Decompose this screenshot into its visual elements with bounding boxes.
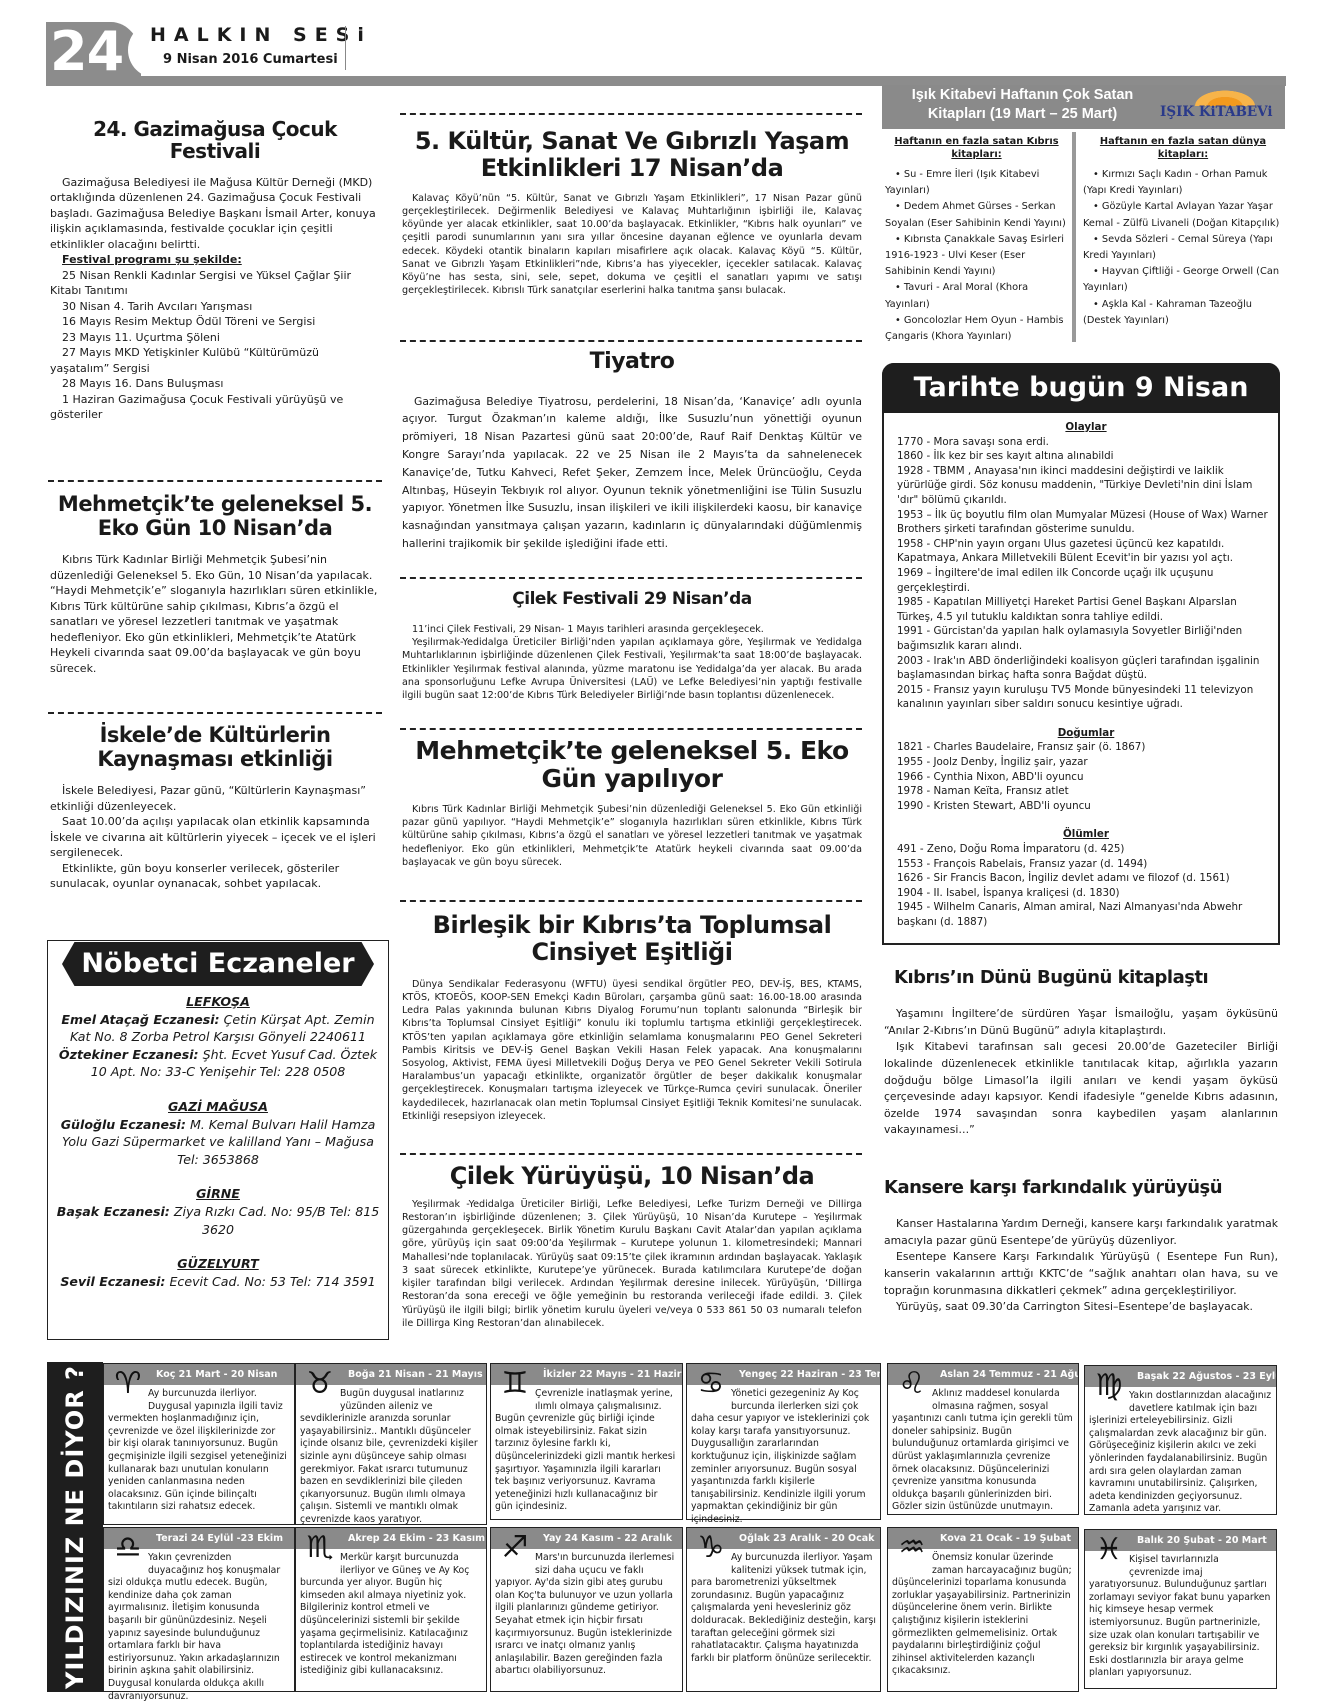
sign-text: Mars'ın burcunuzda ilerlemesi sizi daha … <box>495 1552 678 1678</box>
article-kultur-sanat: 5. Kültür, Sanat Ve Gıbrızlı Yaşam Etkin… <box>402 128 862 297</box>
program-item: 30 Nisan 4. Tarih Avcıları Yarışması <box>50 299 380 315</box>
pharmacy-list: LEFKOŞA Emel Ataçağ Eczanesi: Çetin Kürş… <box>50 993 386 1290</box>
book-item: • Dedem Ahmet Gürses - Serkan Soyalan (E… <box>885 199 1068 231</box>
sign-text: Merkür karşıt burcunuzda ilerliyor ve Gü… <box>300 1552 482 1678</box>
section-divider <box>400 728 862 730</box>
article-title: Birleşik bir Kıbrıs’ta Toplumsal Cinsiye… <box>402 912 862 966</box>
book-item: • Tavuri - Aral Moral (Khora Yayınları) <box>885 280 1068 312</box>
program-label: Festival programı şu şekilde: <box>50 252 380 268</box>
horoscope-card-oglak: Oğlak 23 Aralık - 20 Ocak ♑ Ay burcunuzd… <box>686 1527 881 1692</box>
article-paragraph: İskele Belediyesi, Pazar günü, “Kültürle… <box>50 783 380 814</box>
book-item: • Goncolozlar Hem Oyun - Hambis Çangaris… <box>885 313 1068 345</box>
article-title: Çilek Yürüyüşü, 10 Nisan’da <box>402 1163 862 1190</box>
event-item: 1991 - Gürcistan'da yapılan halk oylamas… <box>897 624 1275 653</box>
article-paragraph: Gazimağusa Belediyesi ile Mağusa Kültür … <box>50 175 380 253</box>
pharmacy-entry: Güloğlu Eczanesi: M. Kemal Bulvarı Halil… <box>50 1116 386 1169</box>
program-item: 28 Mayıs 16. Dans Buluşması <box>50 376 380 392</box>
article-title: Kansere karşı farkındalık yürüyüşü <box>884 1178 1278 1198</box>
article-paragraph: Işık Kitabevi tarafınsan salı gecesi 20.… <box>884 1039 1278 1139</box>
birth-item: 1955 - Joolz Denby, İngiliz şair, yazar <box>897 755 1275 770</box>
pharmacy-title: Nöbetci Eczaneler <box>62 942 374 986</box>
deaths-heading: Ölümler <box>897 827 1275 842</box>
sign-text: Kişisel tavırlarınızla çevrenizde imaj y… <box>1089 1554 1272 1680</box>
pharmacy-entry: Emel Ataçağ Eczanesi: Çetin Kürşat Apt. … <box>50 1011 386 1046</box>
horoscope-card-akrep: Akrep 24 Ekim - 23 Kasım ♏ Merkür karşıt… <box>295 1527 487 1692</box>
pharmacy-name: Emel Ataçağ Eczanesi: <box>61 1012 219 1027</box>
article-body: Kıbrıs Türk Kadınlar Birliği Mehmetçik Ş… <box>50 552 380 676</box>
article-body: Gazimağusa Belediye Tiyatrosu, perdeleri… <box>402 393 862 553</box>
horoscope-card-aslan: Aslan 24 Temmuz - 21 Ağustos ♌ Aklınız m… <box>887 1363 1079 1515</box>
page-number: 24 <box>50 20 123 83</box>
list-heading: Haftanın en fazla satan Kıbrıs kitapları… <box>885 135 1068 161</box>
article-cilek-yuruyusu: Çilek Yürüyüşü, 10 Nisan’da Yeşilırmak -… <box>402 1163 862 1330</box>
article-paragraph: 11’inci Çilek Festivali, 29 Nisan- 1 May… <box>402 623 862 636</box>
history-list: Olaylar 1770 - Mora savaşı sona erdi. 18… <box>897 420 1275 930</box>
pharmacy-address: Ecevit Cad. No: 53 Tel: 714 3591 <box>169 1274 375 1289</box>
death-item: 1904 - II. Isabel, İspanya kraliçesi (d.… <box>897 886 1275 901</box>
city-name: GİRNE <box>50 1185 386 1203</box>
article-kibris-dunu: Kıbrıs’ın Dünü Bugünü kitaplaştı Yaşamın… <box>884 968 1278 1139</box>
horoscope-card-kova: Kova 21 Ocak - 19 Şubat ♒ Önemsiz konula… <box>887 1527 1079 1692</box>
article-title: İskele’de Kültürlerin Kaynaşması etkinli… <box>50 724 380 771</box>
horoscope-sidebar-title: YILDIZINIZ NE DİYOR ? <box>47 1362 103 1692</box>
program-item: 1 Haziran Gazimağusa Çocuk Festivali yür… <box>50 392 380 423</box>
article-paragraph: Esentepe Kansere Karşı Farkındalık Yürüy… <box>884 1249 1278 1299</box>
city-name: LEFKOŞA <box>50 993 386 1011</box>
article-title: Tiyatro <box>402 350 862 375</box>
sign-text: Yakın dostlarınızdan alacağınız davetler… <box>1089 1390 1272 1516</box>
event-item: 1953 – İlk üç boyutlu film olan Mumyalar… <box>897 508 1275 537</box>
article-paragraph: Yeşilırmak-Yedidalga Üreticiler Birliği’… <box>402 636 862 702</box>
sign-text: Önemsiz konular üzerinde zaman harcayaca… <box>892 1552 1074 1678</box>
section-divider <box>400 340 862 342</box>
article-eko-gun-center: Mehmetçik’te geleneksel 5. Eko Gün yapıl… <box>402 737 862 869</box>
publication-name: HALKIN SESi <box>150 24 372 46</box>
horoscope-card-basak: Başak 22 Ağustos - 23 Eylül ♍ Yakın dost… <box>1084 1365 1277 1515</box>
article-paragraph: Yürüyüş, saat 09.30’da Carrington Sitesi… <box>884 1299 1278 1316</box>
article-cinsiyet: Birleşik bir Kıbrıs’ta Toplumsal Cinsiye… <box>402 912 862 1123</box>
article-tiyatro: Tiyatro Gazimağusa Belediye Tiyatrosu, p… <box>402 350 862 553</box>
book-item: • Aşkla Kal - Kahraman Tazeoğlu (Destek … <box>1083 297 1283 329</box>
event-item: 1985 - Kapatılan Milliyetçi Hareket Part… <box>897 595 1275 624</box>
city-name: GAZİ MAĞUSA <box>50 1098 386 1116</box>
event-item: 2003 - Irak'ın ABD önderliğindeki koalis… <box>897 654 1275 683</box>
article-paragraph: Yaşamını İngiltere’de sürdüren Yaşar İsm… <box>884 1006 1278 1039</box>
city-name: GÜZELYURT <box>50 1255 386 1273</box>
article-title: Çilek Festivali 29 Nisan’da <box>402 590 862 609</box>
article-body: Dünya Sendikalar Federasyonu (WFTU) üyes… <box>402 978 862 1123</box>
article-kanser: Kansere karşı farkındalık yürüyüşü Kanse… <box>884 1178 1278 1316</box>
birth-item: 1821 - Charles Baudelaire, Fransız şair … <box>897 740 1275 755</box>
pharmacy-name: Öztekiner Eczanesi: <box>59 1047 199 1062</box>
death-item: 1626 - Sir Francis Bacon, İngiliz devlet… <box>897 871 1275 886</box>
horoscope-card-terazi: Terazi 24 Eylül -23 Ekim ♎ Yakın çevreni… <box>103 1527 295 1692</box>
book-item: • Hayvan Çiftliği - George Orwell (Can Y… <box>1083 264 1283 296</box>
article-body: Yeşilırmak -Yedidalga Üreticiler Birliği… <box>402 1198 862 1330</box>
article-title: Kıbrıs’ın Dünü Bugünü kitaplaştı <box>884 968 1278 988</box>
history-title: Tarihte bugün 9 Nisan <box>882 363 1280 413</box>
pharmacy-entry: Öztekiner Eczanesi: Şht. Ecvet Yusuf Cad… <box>50 1046 386 1081</box>
article-body: Kalavaç Köyü’nün “5. Kültür, Sanat ve Gı… <box>402 192 862 298</box>
section-divider <box>48 712 382 714</box>
article-eko-gun-left: Mehmetçik’te geleneksel 5. Eko Gün 10 Ni… <box>50 493 380 676</box>
book-item: • Sevda Sözleri - Cemal Süreya (Yapı Kre… <box>1083 232 1283 264</box>
death-item: 1945 - Wilhelm Canaris, Alman amiral, Na… <box>897 900 1275 929</box>
pharmacy-name: Güloğlu Eczanesi: <box>61 1117 186 1132</box>
sign-text: Aklınız maddesel konularda olmasına rağm… <box>892 1388 1074 1514</box>
section-divider <box>400 577 862 579</box>
program-item: 25 Nisan Renkli Kadınlar Sergisi ve Yüks… <box>50 268 380 299</box>
program-item: 23 Mayıs 11. Uçurtma Şöleni <box>50 330 380 346</box>
birth-item: 1978 - Naman Keïta, Fransız atlet <box>897 784 1275 799</box>
event-item: 2015 - Fransız yayın kuruluşu TV5 Monde … <box>897 683 1275 712</box>
article-title: 24. Gazimağusa Çocuk Festivali <box>50 118 380 163</box>
horoscope-card-koc: Koç 21 Mart - 20 Nisan ♈ Ay burcunuzda i… <box>103 1363 295 1525</box>
event-item: 1969 – İngiltere'de imal edilen ilk Conc… <box>897 566 1275 595</box>
book-item: • Kırmızı Saçlı Kadın - Orhan Pamuk (Yap… <box>1083 167 1283 199</box>
births-heading: Doğumlar <box>897 726 1275 741</box>
pharmacy-name: Sevil Eczanesi: <box>60 1274 165 1289</box>
article-body: Kıbrıs Türk Kadınlar Birliği Mehmetçik Ş… <box>402 803 862 869</box>
sign-text: Çevrenizle inatlaşmak yerine, ılımlı olm… <box>495 1388 678 1514</box>
program-item: 16 Mayıs Resim Mektup Ödül Töreni ve Ser… <box>50 314 380 330</box>
header-divider <box>345 26 346 70</box>
bestsellers-title: Işık Kitabevi Haftanın Çok Satan Kitapla… <box>890 86 1155 124</box>
article-cilek-festivali: Çilek Festivali 29 Nisan’da 11’inci Çile… <box>402 590 862 702</box>
bestsellers-divider <box>1072 132 1076 342</box>
event-item: 1928 - TBMM , Anayasa'nın ikinci maddesi… <box>897 464 1275 508</box>
book-item: • Gözüyle Kartal Avlayan Yazar Yaşar Kem… <box>1083 199 1283 231</box>
horoscope-card-yengec: Yengeç 22 Haziran - 23 Temmuz ♋ Yönetici… <box>686 1363 881 1520</box>
event-item: 1770 - Mora savaşı sona erdi. <box>897 435 1275 450</box>
horoscope-card-balik: Balık 20 Şubat - 20 Mart ♓ Kişisel tavır… <box>1084 1529 1277 1689</box>
sign-text: Yönetici gezegeniniz Ay Koç burcunda ile… <box>691 1388 876 1527</box>
article-cocuk-festivali: 24. Gazimağusa Çocuk Festivali Gazimağus… <box>50 118 380 423</box>
section-divider <box>48 480 382 482</box>
bestsellers-cyprus: Haftanın en fazla satan Kıbrıs kitapları… <box>885 135 1068 345</box>
article-paragraph: Kanser Hastalarına Yardım Derneği, kanse… <box>884 1216 1278 1249</box>
article-paragraph: Saat 10.00’da açılışı yapılacak olan etk… <box>50 814 380 861</box>
issue-date: 9 Nisan 2016 Cumartesi <box>163 52 338 67</box>
book-item: • Kıbrısta Çanakkale Savaş Esirleri 1916… <box>885 232 1068 281</box>
sign-text: Bugün duygusal inatlarınız yüzünden aile… <box>300 1388 482 1527</box>
events-heading: Olaylar <box>897 420 1275 435</box>
bestsellers-world: Haftanın en fazla satan dünya kitapları:… <box>1083 135 1283 329</box>
article-iskele: İskele’de Kültürlerin Kaynaşması etkinli… <box>50 724 380 892</box>
horoscope-card-yay: Yay 24 Kasım - 22 Aralık ♐ Mars'ın burcu… <box>490 1527 683 1692</box>
pharmacy-entry: Sevil Eczanesi: Ecevit Cad. No: 53 Tel: … <box>50 1273 386 1291</box>
article-title: 5. Kültür, Sanat Ve Gıbrızlı Yaşam Etkin… <box>402 128 862 182</box>
section-divider <box>400 113 862 115</box>
event-item: 1958 - CHP'nin yayın organı Ulus gazetes… <box>897 537 1275 566</box>
horoscope-card-boga: Boğa 21 Nisan - 21 Mayıs ♉ Bugün duygusa… <box>295 1363 487 1525</box>
section-divider <box>400 1153 862 1155</box>
bookstore-logo: IŞIK KiTABEVi <box>1160 104 1273 120</box>
list-heading: Haftanın en fazla satan dünya kitapları: <box>1083 135 1283 161</box>
birth-item: 1966 - Cynthia Nixon, ABD'li oyuncu <box>897 770 1275 785</box>
sign-text: Ay burcunuzda ilerliyor. Yaşam kaliteniz… <box>691 1552 876 1665</box>
horoscope-card-ikizler: İkizler 22 Mayıs - 21 Haziran ♊ Çevreniz… <box>490 1363 683 1520</box>
article-title: Mehmetçik’te geleneksel 5. Eko Gün yapıl… <box>402 737 862 793</box>
birth-item: 1990 - Kristen Stewart, ABD'li oyuncu <box>897 799 1275 814</box>
sign-text: Yakın çevrenizden duyacağınız hoş konuşm… <box>108 1552 290 1701</box>
book-item: • Su - Emre İleri (Işık Kitabevi Yayınla… <box>885 167 1068 199</box>
sign-text: Ay burcunuzda ilerliyor. Duygusal yapını… <box>108 1388 290 1514</box>
pharmacy-name: Başak Eczanesi: <box>57 1204 170 1219</box>
death-item: 491 - Zeno, Doğu Roma İmparatoru (d. 425… <box>897 842 1275 857</box>
article-paragraph: Etkinlikte, gün boyu konserler verilecek… <box>50 861 380 892</box>
pharmacy-entry: Başak Eczanesi: Ziya Rızkı Cad. No: 95/B… <box>50 1203 386 1238</box>
event-item: 1860 - İlk kez bir ses kayıt altına alın… <box>897 449 1275 464</box>
program-item: 27 Mayıs MKD Yetişkinler Kulübü “Kültürü… <box>50 345 380 376</box>
section-divider <box>400 900 862 902</box>
pharmacy-address: Ziya Rızkı Cad. No: 95/B Tel: 815 3620 <box>174 1204 379 1237</box>
death-item: 1553 - François Rabelais, Fransız yazar … <box>897 857 1275 872</box>
article-title: Mehmetçik’te geleneksel 5. Eko Gün 10 Ni… <box>50 493 380 540</box>
